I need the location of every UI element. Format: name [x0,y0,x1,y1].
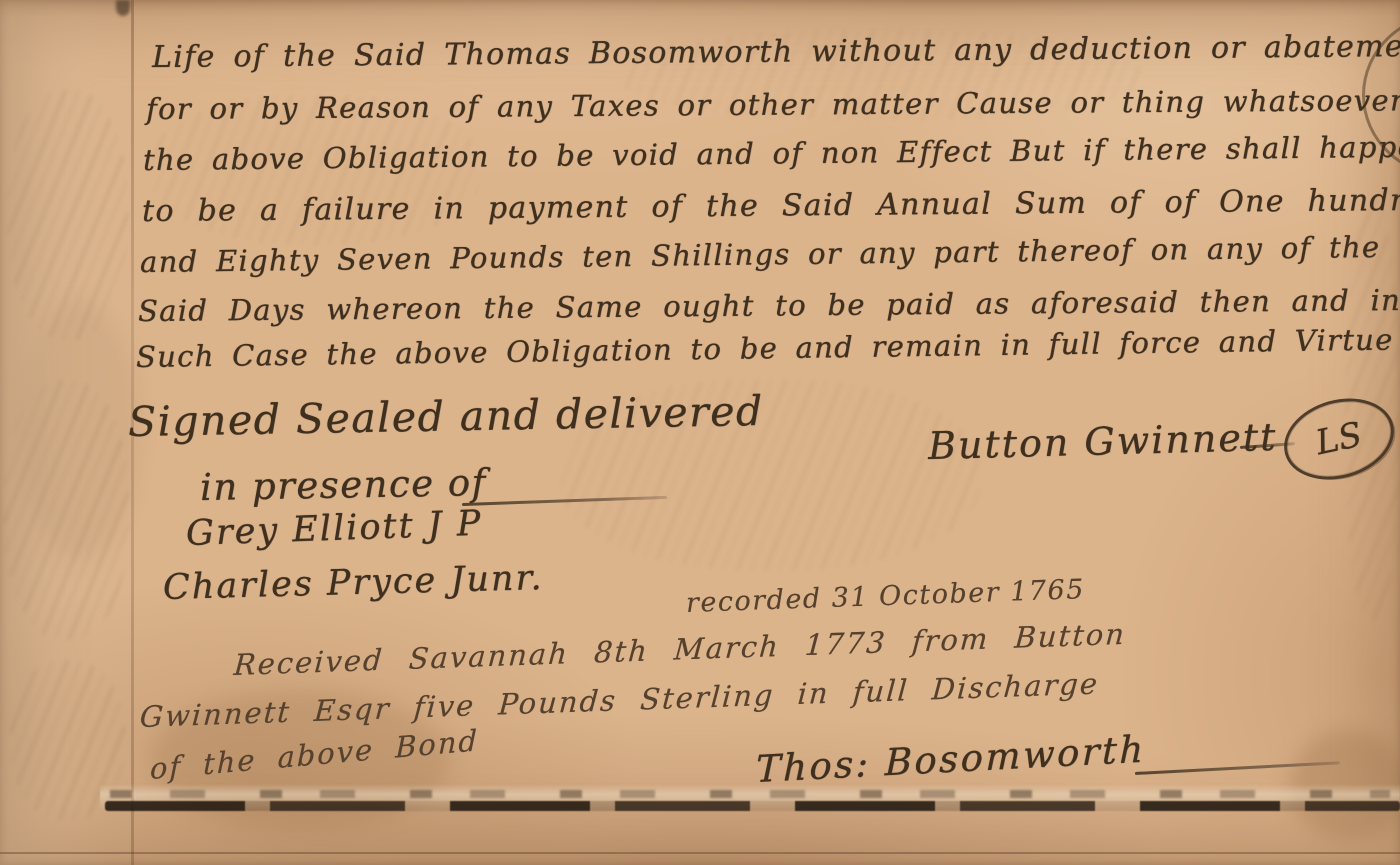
body-line-2: for or by Reason of any Taxes or other m… [146,83,1400,126]
recording-note: recorded 31 October 1765 [685,574,1085,619]
witness-signature-1: Grey Elliott J P [185,504,483,554]
body-line-1: Life of the Said Thomas Bosomworth witho… [152,29,1400,75]
receipt-signature: Thos: Bosomworth [756,728,1146,792]
principal-signature: Button Gwinnett [927,415,1277,468]
bottom-seam-fray [110,790,1390,798]
seal-text: LS [1312,415,1365,464]
body-line-7: Such Case the above Obligation to be and… [136,322,1394,374]
witness-signature-2: Charles Pryce Junr. [162,558,543,608]
body-line-6: Said Days whereon the Same ought to be p… [138,283,1400,328]
manuscript-page: Life of the Said Thomas Bosomworth witho… [0,0,1400,865]
bottom-page-edge-line [0,852,1400,854]
bottom-seam-dark-dashes [105,801,1400,811]
top-edge-nick [116,0,130,16]
left-margin-strip [0,0,133,865]
attestation-line-2: in presence of [200,461,487,509]
